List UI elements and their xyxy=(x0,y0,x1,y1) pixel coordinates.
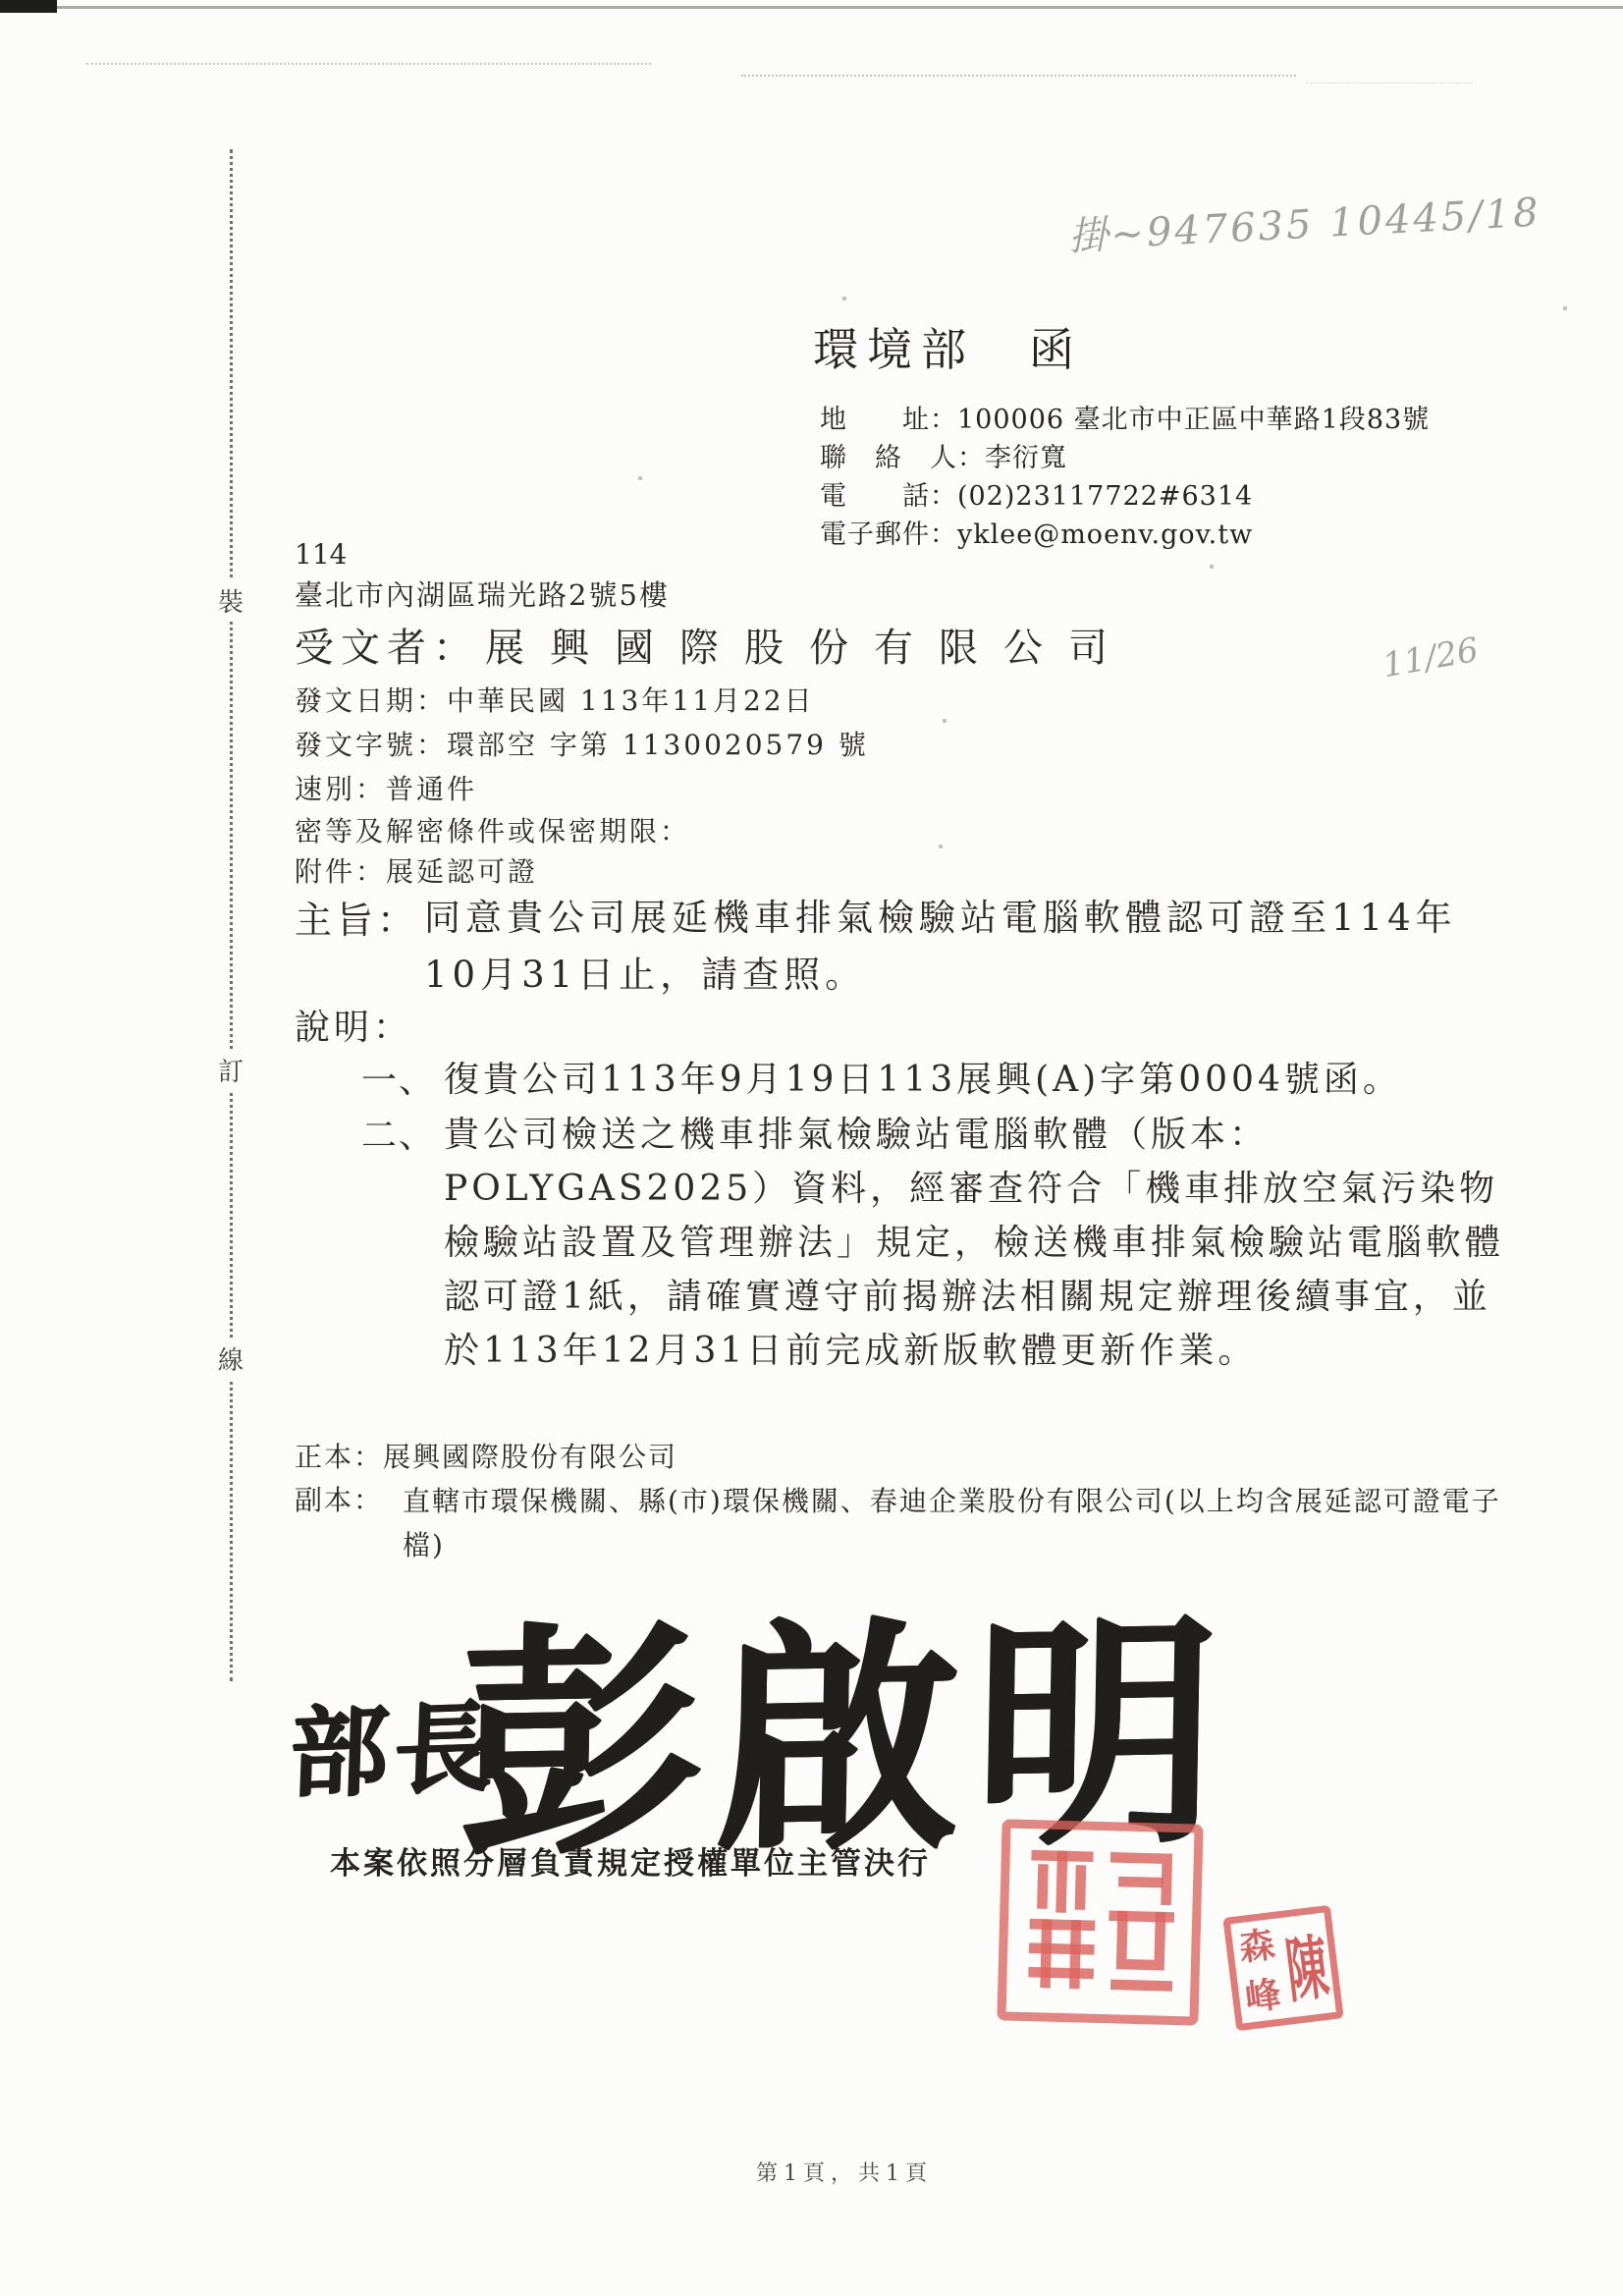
doc-number-value: 環部空 字第 1130020579 號 xyxy=(447,729,869,761)
recipient-line: 受文者：展興國際股份有限公司 xyxy=(295,617,1133,673)
cc-copy-row: 副本： 直轄市環保機關、縣(市)環保機關、春迪企業股份有限公司(以上均含展延認可… xyxy=(295,1479,1527,1567)
speed-row: 速別：普通件 xyxy=(295,768,477,807)
description-label: 說明： xyxy=(295,1000,412,1050)
sender-email-value: yklee@moenv.gov.tw xyxy=(957,519,1253,550)
issue-date-label: 發文日期： xyxy=(295,684,447,717)
binding-mark-ding: 訂 xyxy=(217,1049,244,1091)
page-number-footer: 第1頁，共1頁 xyxy=(756,2157,933,2187)
sender-address-label: 地 址： xyxy=(820,405,957,435)
sender-phone-label: 電 話： xyxy=(820,481,957,512)
name-seal: 森 峰 陳 xyxy=(1222,1905,1343,2032)
attachment-label: 附件： xyxy=(295,855,386,888)
recipient-label: 受文者： xyxy=(295,626,479,671)
attachment-row: 附件：展延認可證 xyxy=(295,850,538,890)
speed-value: 普通件 xyxy=(386,773,477,805)
seal-char: 森 xyxy=(1237,1927,1276,1966)
speed-label: 速別： xyxy=(295,773,386,805)
security-row: 密等及解密條件或保密期限： xyxy=(295,810,690,849)
sender-contact-value: 李衍寬 xyxy=(985,443,1067,473)
sender-contact-label: 聯 絡 人： xyxy=(820,443,985,473)
scan-speck xyxy=(1563,306,1567,310)
handwritten-date-note: 11/26 xyxy=(1380,630,1481,685)
attachment-value: 展延認可證 xyxy=(386,855,538,888)
original-label: 正本： xyxy=(295,1441,383,1473)
handwritten-registration-number: 掛~947635 10445/18 xyxy=(1067,179,1580,261)
sender-address-row: 地 址：100006 臺北市中正區中華路1段83號 xyxy=(820,401,1430,439)
sender-info-block: 地 址：100006 臺北市中正區中華路1段83號 聯 絡 人：李衍寬 電 話：… xyxy=(820,401,1430,554)
security-label: 密等及解密條件或保密期限： xyxy=(295,815,690,847)
doc-number-label: 發文字號： xyxy=(295,729,447,761)
scan-artifact-corner xyxy=(0,0,57,13)
scanned-official-letter: 裝 訂 線 掛~947635 10445/18 11/26 環境部 函 地 址：… xyxy=(0,0,1623,2296)
sender-contact-row: 聯 絡 人：李衍寬 xyxy=(820,439,1430,477)
scan-speck xyxy=(1210,565,1214,569)
sender-phone-value: (02)23117722#6314 xyxy=(957,481,1253,512)
item-number: 一、 xyxy=(361,1053,444,1107)
description-item-2: 二、 貴公司檢送之機車排氣檢驗站電腦軟體（版本：POLYGAS2025）資料，經… xyxy=(361,1108,1509,1378)
item-text: 復貴公司113年9月19日113展興(A)字第0004號函。 xyxy=(444,1053,1509,1107)
original-copy-row: 正本：展興國際股份有限公司 xyxy=(295,1436,677,1475)
binding-dotted-line xyxy=(230,149,233,1681)
subject-text: 同意貴公司展延機車排氣檢驗站電腦軟體認可證至114年10月31日止，請查照。 xyxy=(424,890,1463,1004)
doc-number-row: 發文字號：環部空 字第 1130020579 號 xyxy=(295,724,869,763)
scan-artifact-dashes xyxy=(86,63,651,65)
seal-char: 陳 xyxy=(1280,1913,1333,2017)
subject-section: 主旨： 同意貴公司展延機車排氣檢驗站電腦軟體認可證至114年10月31日止，請查… xyxy=(295,890,1463,1004)
seal-char: 峰 xyxy=(1243,1976,1282,2015)
cc-value: 直轄市環保機關、縣(市)環保機關、春迪企業股份有限公司(以上均含展延認可證電子檔… xyxy=(403,1479,1527,1567)
scan-artifact-dashes xyxy=(1306,82,1473,83)
item-text: 貴公司檢送之機車排氣檢驗站電腦軟體（版本：POLYGAS2025）資料，經審查符… xyxy=(444,1108,1509,1378)
original-value: 展興國際股份有限公司 xyxy=(383,1441,677,1473)
sender-email-row: 電子郵件：yklee@moenv.gov.tw xyxy=(820,516,1430,554)
sender-phone-row: 電 話：(02)23117722#6314 xyxy=(820,477,1430,516)
recipient-address: 臺北市內湖區瑞光路2號5樓 xyxy=(295,574,670,614)
description-item-1: 一、 復貴公司113年9月19日113展興(A)字第0004號函。 xyxy=(361,1053,1509,1107)
cc-label: 副本： xyxy=(295,1479,403,1567)
binding-mark-xian: 線 xyxy=(217,1338,244,1380)
issue-date-value: 中華民國 113年11月22日 xyxy=(447,684,815,717)
official-seal xyxy=(997,1819,1203,2025)
sender-email-label: 電子郵件： xyxy=(820,519,957,550)
issue-date-row: 發文日期：中華民國 113年11月22日 xyxy=(295,680,815,719)
recipient-postal-code: 114 xyxy=(295,538,347,571)
scan-speck xyxy=(638,476,642,480)
document-title: 環境部 函 xyxy=(813,314,1083,379)
scan-speck xyxy=(939,845,943,848)
subject-label: 主旨： xyxy=(295,890,424,1004)
delegation-note: 本案依照分層負責規定授權單位主管決行 xyxy=(330,1838,931,1883)
scan-artifact-topline xyxy=(0,6,1623,9)
binding-mark-zhuang: 裝 xyxy=(217,579,244,622)
item-number: 二、 xyxy=(361,1108,444,1378)
scan-speck xyxy=(842,297,846,301)
official-seal-glyphs xyxy=(1012,1834,1189,2011)
scan-speck xyxy=(943,719,947,723)
recipient-name: 展興國際股份有限公司 xyxy=(485,626,1133,671)
sender-address-value: 100006 臺北市中正區中華路1段83號 xyxy=(957,405,1430,435)
scan-artifact-dashes xyxy=(741,75,1296,77)
